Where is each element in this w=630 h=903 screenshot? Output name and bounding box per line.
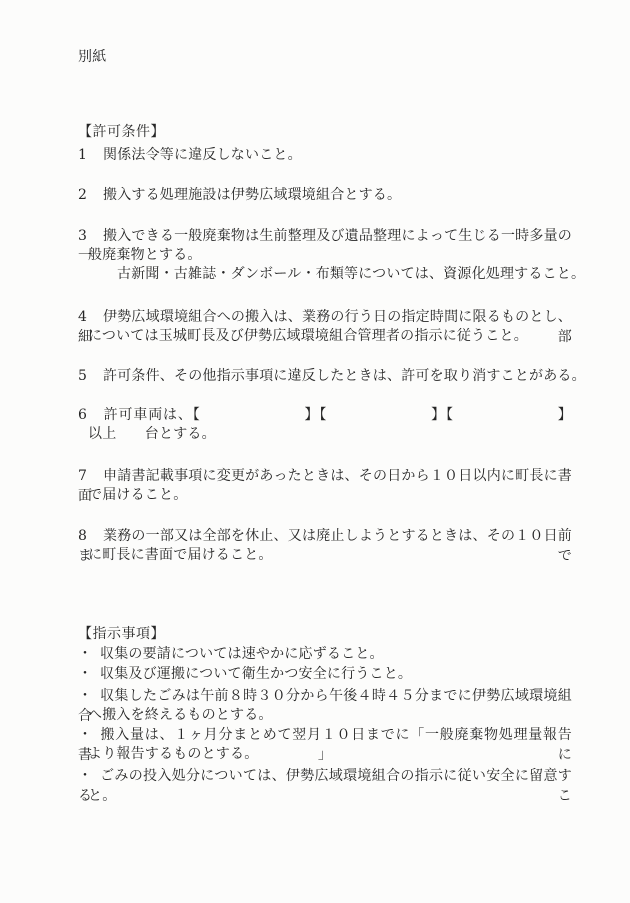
item-number: 5 <box>78 366 103 386</box>
item-text: ごみの投入処分については、伊勢広域環境組合の指示に従い安全に留意するこ <box>78 768 572 804</box>
item-number: 6 <box>78 405 103 425</box>
item-text: 許可条件、その他指示事項に違反したときは、許可を取り消すことがある。 <box>103 368 586 384</box>
bullet-icon: ・ <box>78 664 100 684</box>
attachment-label: 別紙 <box>78 47 106 67</box>
item-number: 8 <box>78 526 103 546</box>
bullet-icon: ・ <box>78 644 100 664</box>
permit-item-6-line-2: 以上 台とする。 <box>88 424 216 444</box>
bullet-icon: ・ <box>78 725 100 745</box>
item-text: 関係法令等に違反しないこと。 <box>103 147 302 163</box>
permit-item-2-line-1: 2搬入する処理施設は伊勢広域環境組合とする。 <box>78 185 401 205</box>
permit-item-5-line-1: 5許可条件、その他指示事項に違反したときは、許可を取り消すことがある。 <box>78 366 586 386</box>
permit-item-6-line-1: 6許可車両は、【 】【 】【 】 <box>78 405 572 425</box>
item-number: 1 <box>78 145 103 165</box>
permit-conditions-heading: 【許可条件】 <box>78 122 165 142</box>
permit-item-1-line-1: 1関係法令等に違反しないこと。 <box>78 145 302 165</box>
permit-item-8-line-2: に町長に書面で届けること。 <box>88 545 273 565</box>
instruction-item-5-line-2: と。 <box>88 786 116 806</box>
permit-item-7-line-2: で届けること。 <box>88 485 187 505</box>
instructions-heading: 【指示事項】 <box>78 624 165 644</box>
item-text: 搬入する処理施設は伊勢広域環境組合とする。 <box>103 187 401 203</box>
item-number: 4 <box>78 307 103 327</box>
instruction-item-3-line-2: へ搬入を終えるものとする。 <box>88 705 273 725</box>
item-number: 7 <box>78 466 103 486</box>
item-text: 収集及び運搬について衛生かつ安全に行うこと。 <box>100 666 412 682</box>
instruction-item-5-line-1: ・ごみの投入処分については、伊勢広域環境組合の指示に従い安全に留意するこ <box>78 766 572 806</box>
permit-item-3-line-2: 般廃棄物とする。 <box>88 245 202 265</box>
document-page: 別紙 【許可条件】 1関係法令等に違反しないこと。 2搬入する処理施設は伊勢広域… <box>0 0 630 903</box>
bullet-icon: ・ <box>78 766 100 786</box>
item-number: 3 <box>78 226 103 246</box>
instruction-item-4-line-2: より報告するものとする。 <box>88 744 258 764</box>
permit-item-4-line-2: については玉城町長及び伊勢広域環境組合管理者の指示に従うこと。 <box>88 326 528 346</box>
item-text: 許可車両は、【 】【 】【 】 <box>103 407 572 423</box>
item-number: 2 <box>78 185 103 205</box>
instruction-item-1: ・収集の要請については速やかに応ずること。 <box>78 644 384 664</box>
instruction-item-2: ・収集及び運搬について衛生かつ安全に行うこと。 <box>78 664 412 684</box>
permit-item-3-line-3: 古新聞・古雑誌・ダンボール・布類等については、資源化処理すること。 <box>117 264 585 284</box>
item-text: 収集の要請については速やかに応ずること。 <box>100 646 384 662</box>
bullet-icon: ・ <box>78 686 100 706</box>
